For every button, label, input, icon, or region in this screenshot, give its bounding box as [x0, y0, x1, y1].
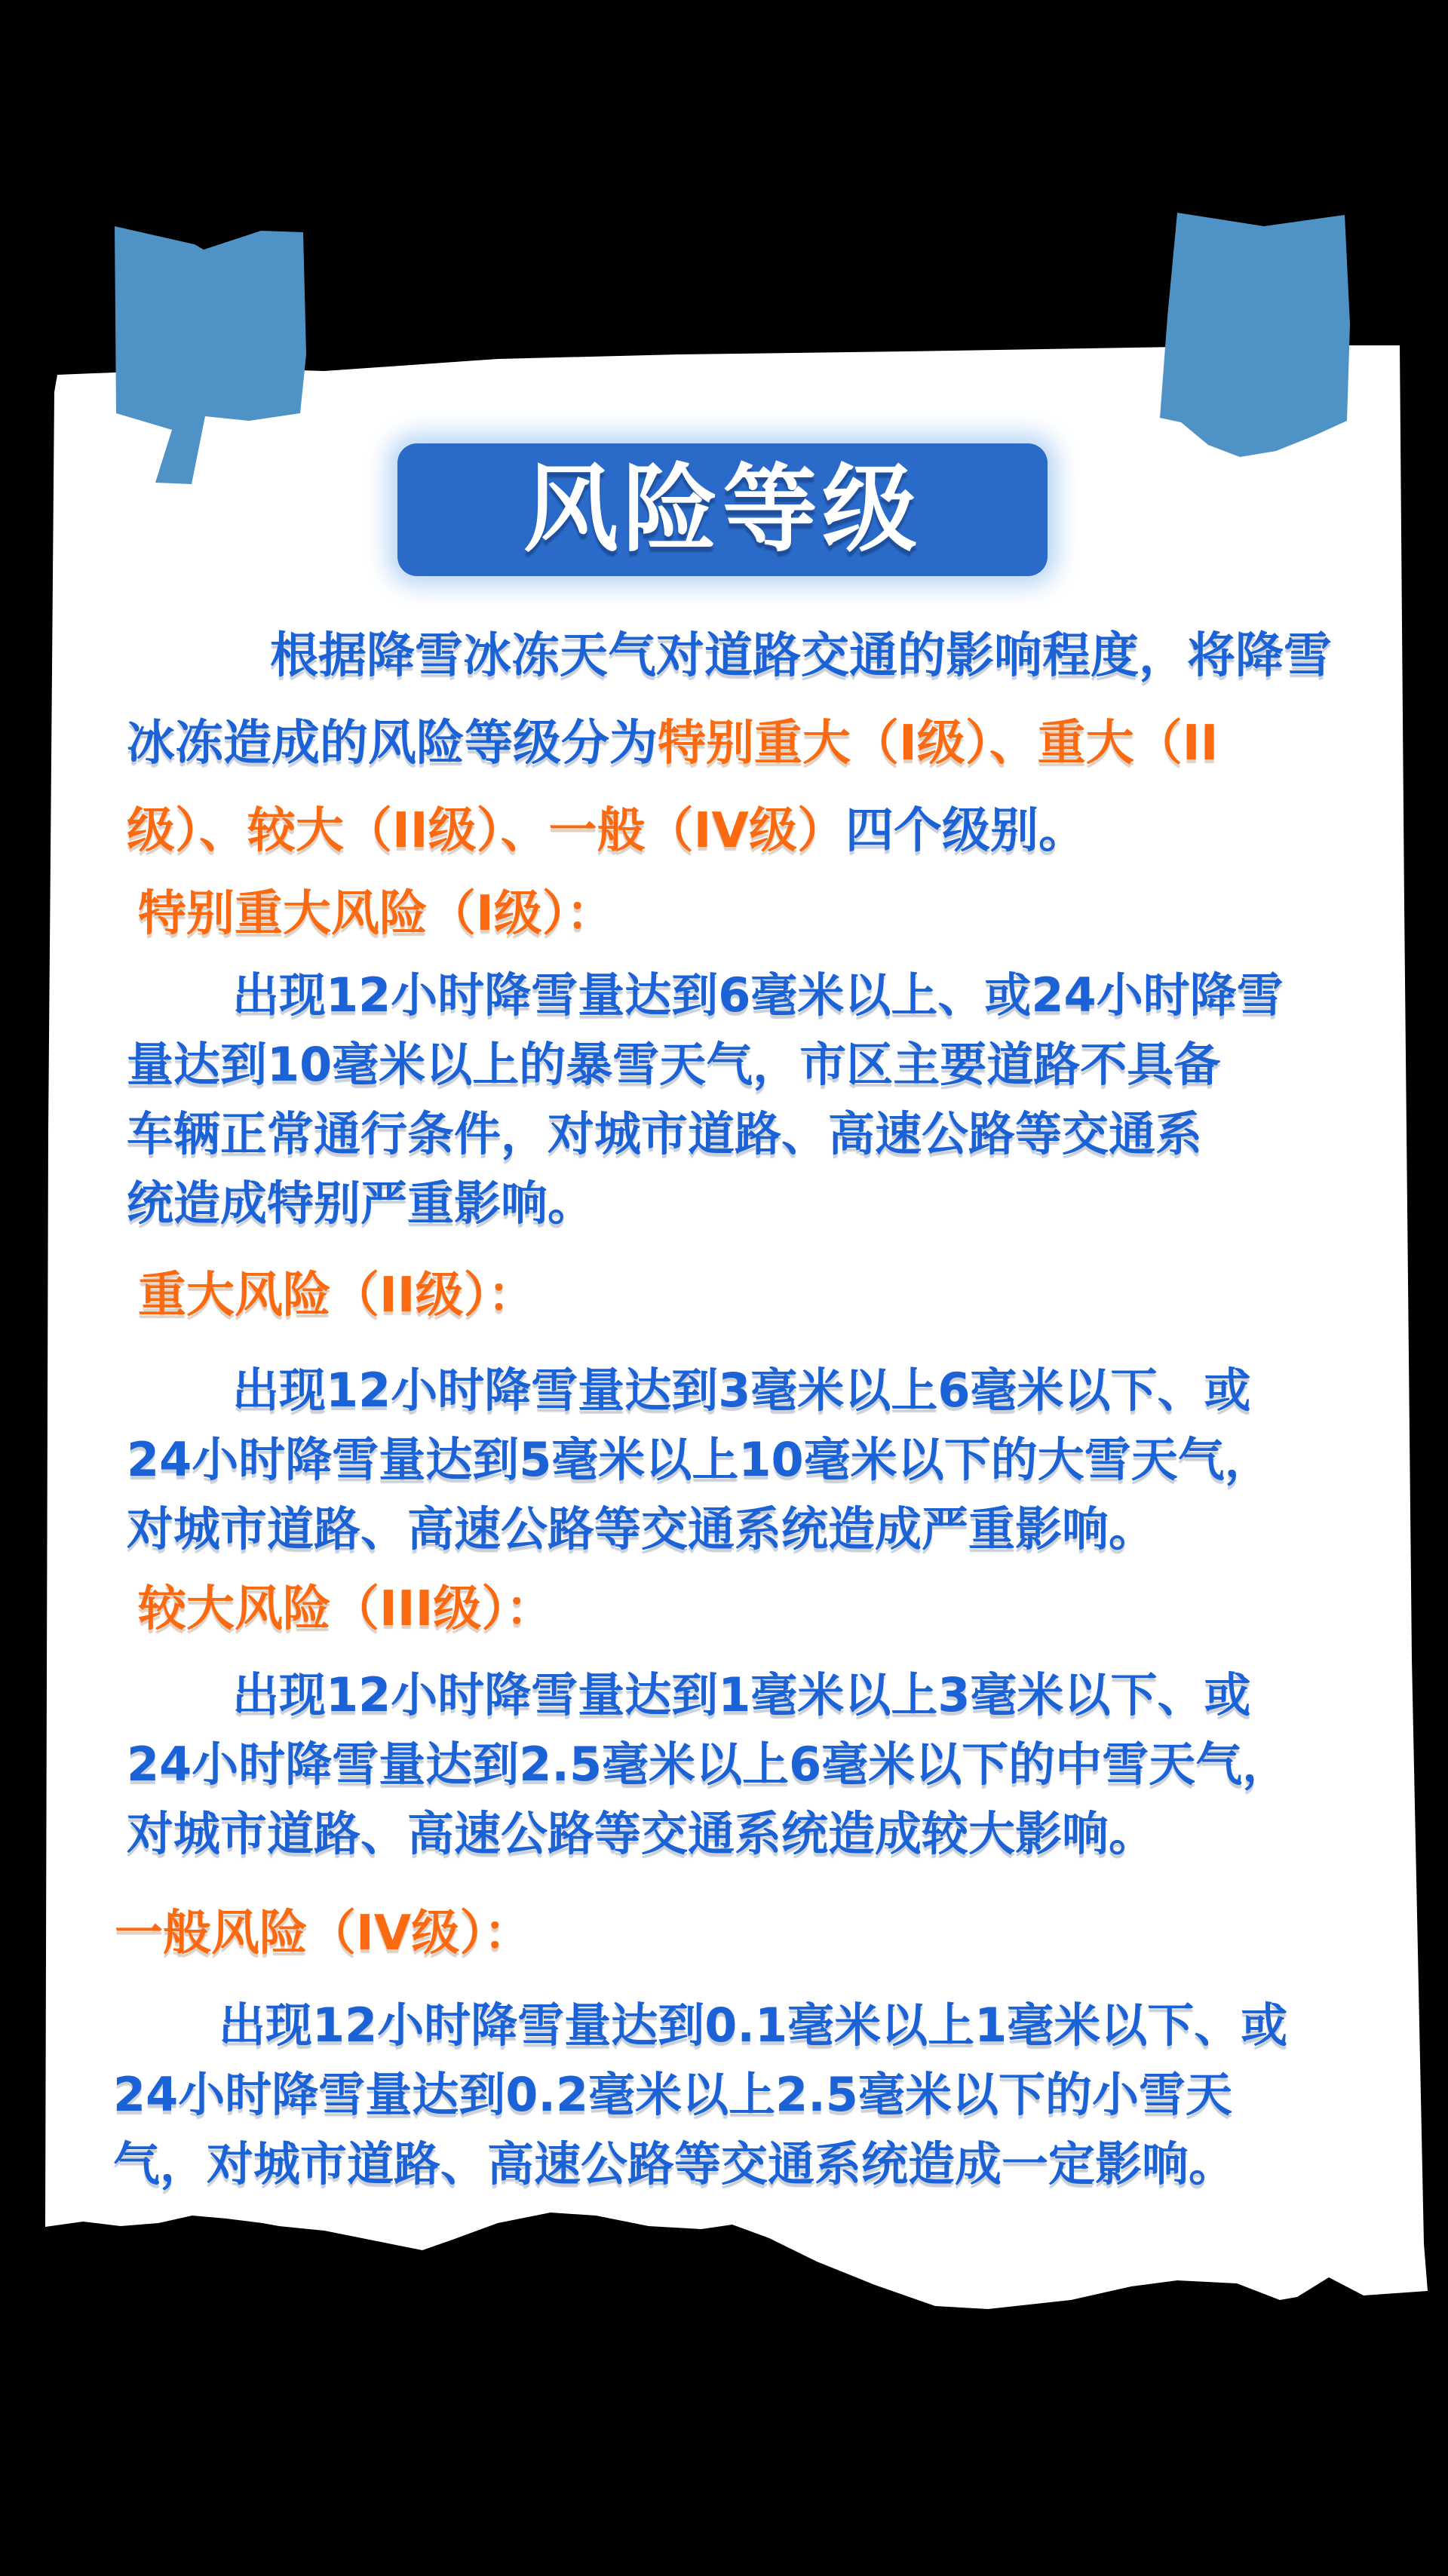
section-4-body: 出现12小时降雪量达到0.1毫米以上1毫米以下、或 24小时降雪量达到0.2毫米…	[113, 1991, 1287, 2199]
section-4-heading: 一般风险（IV级）：	[115, 1909, 532, 1958]
intro-line-2-blue: 冰冻造成的风险等级分为	[127, 719, 658, 768]
title-badge: 风险等级	[397, 443, 1048, 576]
section-3-body: 出现12小时降雪量达到1毫米以上3毫米以下、或 24小时降雪量达到2.5毫米以上…	[127, 1661, 1289, 1869]
intro-line-3: 级）、较大（II级）、一般（IV级）四个级别。	[127, 787, 1332, 875]
section-2-heading: 重大风险（II级）：	[138, 1271, 536, 1320]
intro-paragraph: 根据降雪冰冻天气对道路交通的影响程度，将降雪 冰冻造成的风险等级分为特别重大（I…	[127, 612, 1332, 875]
section-1-line-4: 统造成特别严重影响。	[127, 1169, 1284, 1238]
section-1-line-1: 出现12小时降雪量达到6毫米以上、或24小时降雪	[127, 961, 1284, 1030]
tape-right-icon	[1160, 213, 1350, 457]
section-3-line-1: 出现12小时降雪量达到1毫米以上3毫米以下、或	[127, 1661, 1289, 1730]
section-1-body: 出现12小时降雪量达到6毫米以上、或24小时降雪 量达到10毫米以上的暴雪天气，…	[127, 961, 1284, 1238]
poster-canvas: 风险等级 根据降雪冰冻天气对道路交通的影响程度，将降雪 冰冻造成的风险等级分为特…	[0, 0, 1448, 2576]
page-title: 风险等级	[523, 462, 922, 557]
section-3-line-3: 对城市道路、高速公路等交通系统造成较大影响。	[127, 1799, 1289, 1869]
intro-line-3-blue: 四个级别。	[845, 807, 1087, 855]
section-4-line-2: 24小时降雪量达到0.2毫米以上2.5毫米以下的小雪天	[113, 2060, 1287, 2130]
section-4-line-1: 出现12小时降雪量达到0.1毫米以上1毫米以下、或	[113, 1991, 1287, 2060]
section-2-body: 出现12小时降雪量达到3毫米以上6毫米以下、或 24小时降雪量达到5毫米以上10…	[127, 1356, 1272, 1564]
section-2-line-3: 对城市道路、高速公路等交通系统造成严重影响。	[127, 1495, 1272, 1564]
section-4-line-3: 气，对城市道路、高速公路等交通系统造成一定影响。	[113, 2130, 1287, 2199]
intro-line-1: 根据降雪冰冻天气对道路交通的影响程度，将降雪	[127, 612, 1332, 700]
section-1-line-2: 量达到10毫米以上的暴雪天气，市区主要道路不具备	[127, 1030, 1284, 1099]
intro-line-2-orange: 特别重大（I级）、重大（II	[658, 719, 1218, 768]
section-1-heading: 特别重大风险（I级）：	[138, 890, 615, 938]
intro-line-2: 冰冻造成的风险等级分为特别重大（I级）、重大（II	[127, 700, 1332, 787]
section-3-heading: 较大风险（III级）：	[138, 1585, 554, 1633]
section-2-line-1: 出现12小时降雪量达到3毫米以上6毫米以下、或	[127, 1356, 1272, 1425]
section-1-line-3: 车辆正常通行条件，对城市道路、高速公路等交通系	[127, 1099, 1284, 1169]
section-2-line-2: 24小时降雪量达到5毫米以上10毫米以下的大雪天气，	[127, 1425, 1272, 1495]
intro-line-3-orange: 级）、较大（II级）、一般（IV级）	[127, 807, 845, 855]
section-3-line-2: 24小时降雪量达到2.5毫米以上6毫米以下的中雪天气，	[127, 1730, 1289, 1799]
